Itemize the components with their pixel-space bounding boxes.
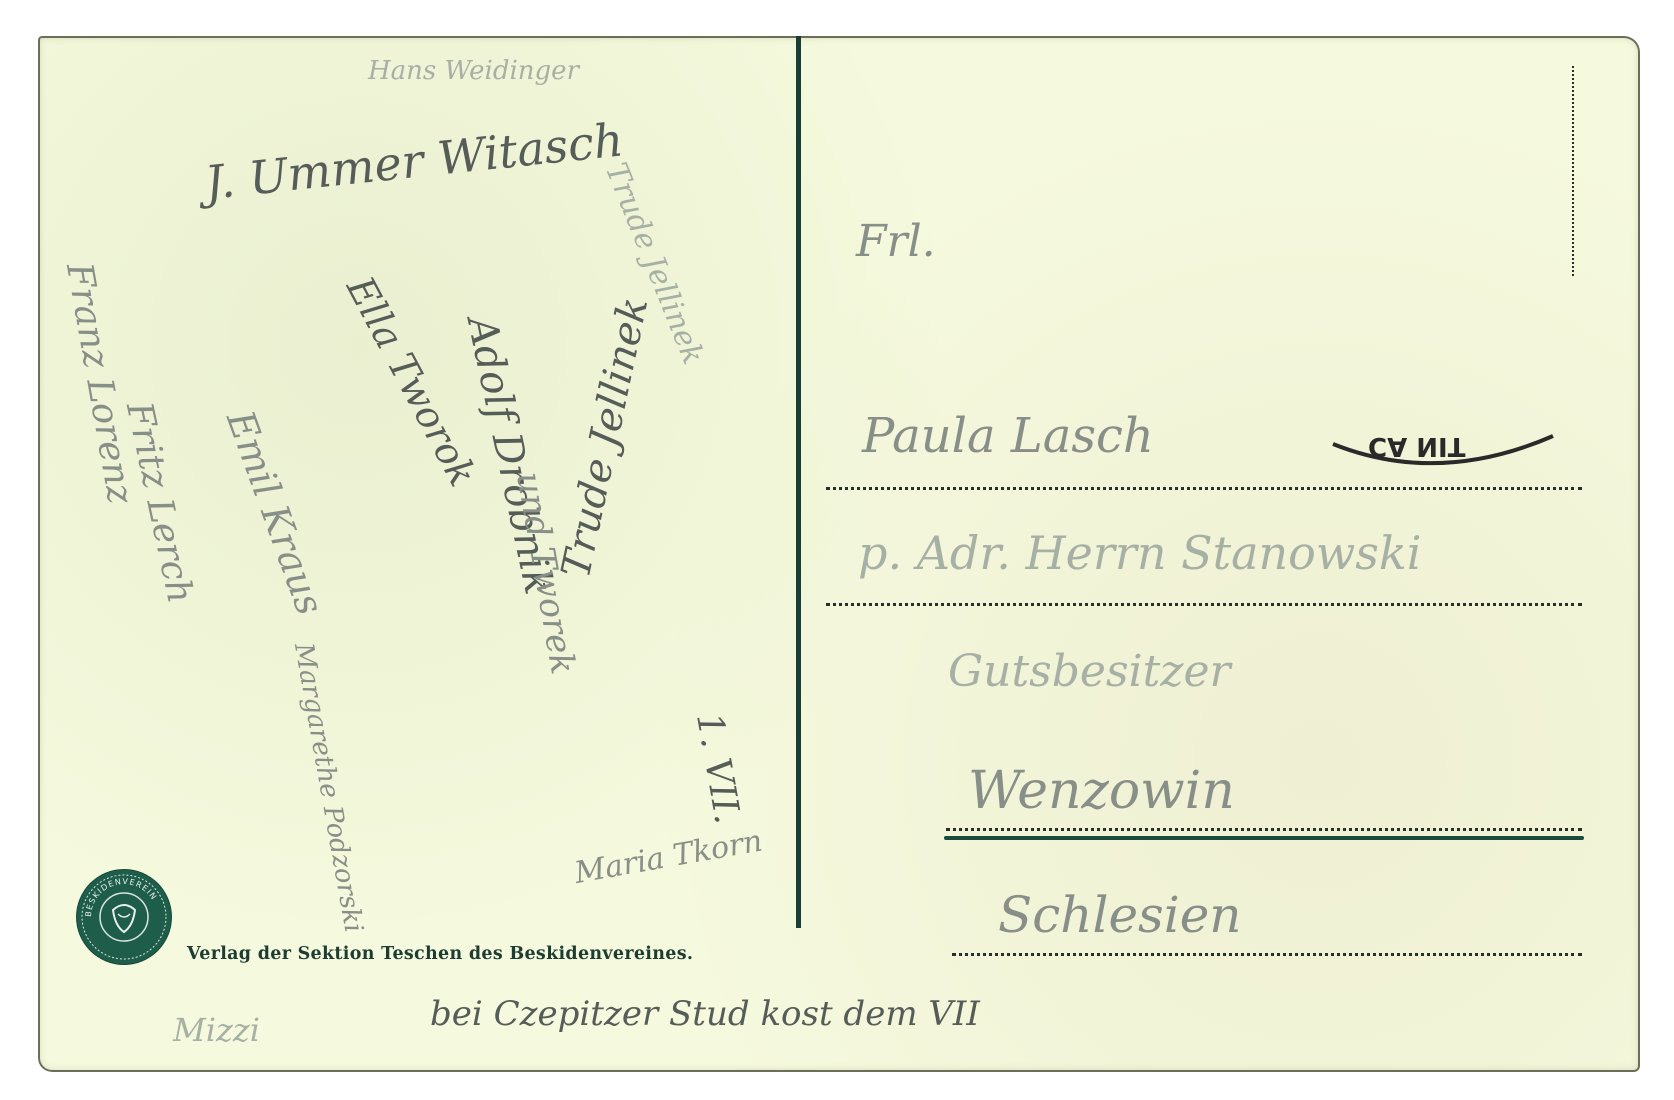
address-salutation: Frl. (856, 216, 936, 267)
address-line-3: Gutsbesitzer (948, 646, 1231, 697)
address-rule-3 (946, 828, 1582, 831)
address-rule-4 (952, 953, 1582, 956)
signature-mizzi: Mizzi (173, 1011, 260, 1049)
seal-emblem-icon: BESKIDENVEREIN (77, 870, 171, 964)
address-rule-main (944, 836, 1584, 840)
stamp-box-guide (1572, 66, 1574, 276)
svg-text:CA NIT: CA NIT (1368, 431, 1466, 461)
address-rule-2 (826, 603, 1582, 606)
signature-jellinek: Trude Jellinek (553, 293, 657, 582)
signature-lorenz: Franz Lorenz (58, 260, 141, 507)
postcard: Hans Weidinger Trude Jellinek J. Ummer W… (38, 36, 1640, 1072)
publisher-imprint: Verlag der Sektion Teschen des Beskidenv… (187, 944, 693, 964)
signature-witasch: J. Ummer Witasch (202, 112, 625, 210)
faint-writing-top: Hans Weidinger (368, 56, 579, 86)
signature-podzorski: Margarethe Podzorski (288, 641, 368, 935)
signature-maria: Maria Tkorn (572, 824, 765, 891)
bottom-note: bei Czepitzer Stud kost dem VII (430, 994, 980, 1034)
address-rule-1 (826, 487, 1582, 490)
date-note: 1. VII. (688, 710, 748, 827)
signature-lerch: Fritz Lerch (118, 398, 201, 606)
address-divider (796, 36, 801, 928)
postmark-arc: CA NIT (1328, 416, 1558, 496)
address-line-4: Wenzowin (968, 761, 1235, 821)
beskidenverein-seal: BESKIDENVEREIN (77, 870, 171, 964)
signature-kraus: Emil Kraus (218, 405, 332, 621)
address-line-1: Paula Lasch (862, 408, 1154, 464)
address-line-2: p. Adr. Herrn Stanowski (858, 526, 1421, 580)
signature-tworok: Ella Tworok (338, 269, 485, 493)
address-line-5: Schlesien (998, 886, 1241, 944)
